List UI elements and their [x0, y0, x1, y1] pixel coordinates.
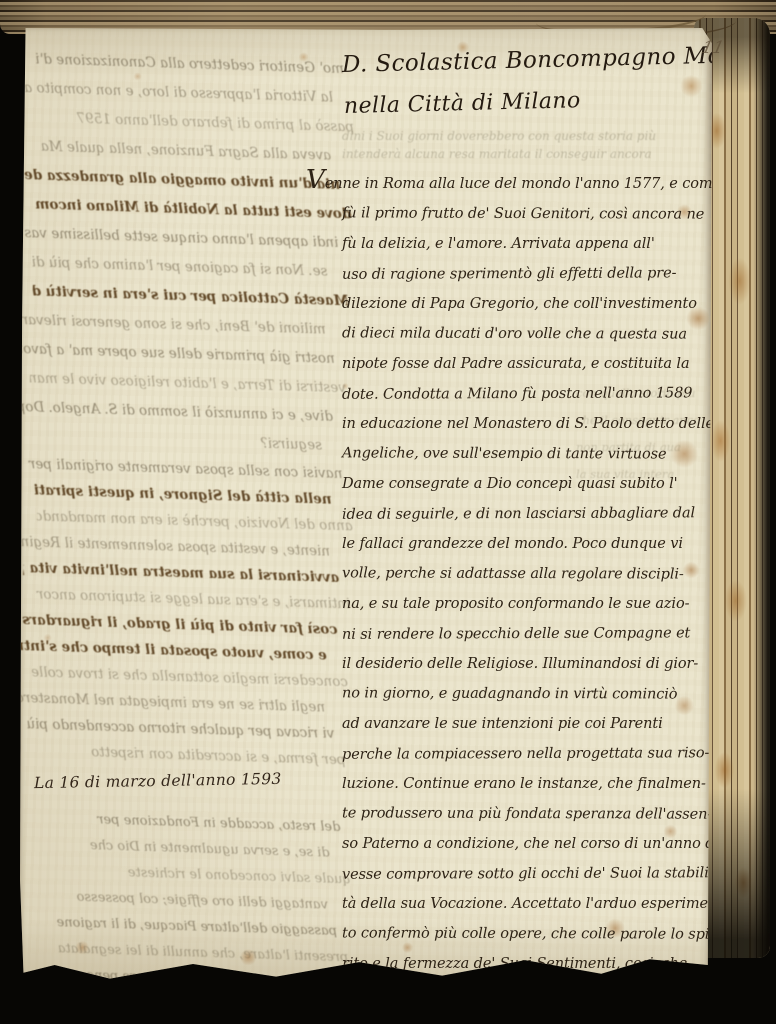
manuscript-body-line: Angeliche, ove sull'esempio di tante vir… [342, 438, 714, 469]
manuscript-body-line: volle, perche si adattasse alla regolare… [342, 558, 714, 589]
manuscript-body: Venne in Roma alla luce del mondo l'anno… [342, 165, 714, 979]
manuscript-body-line: in educazione nel Monastero di S. Paolo … [342, 409, 714, 439]
bleedthrough-text-upper: mo' Genitori cedettero alla Canonizazion… [16, 45, 345, 461]
manuscript-body-line: idea di seguirle, e di non lasciarsi abb… [342, 498, 714, 530]
manuscript-body-line: perche la compiacessero nella progettata… [342, 738, 714, 770]
bleedthrough-line: intenderà alcuna resa maritata il conseg… [342, 145, 714, 163]
manuscript-body-line: so Paterno a condizione, che nel corso d… [342, 829, 714, 859]
manuscript-body-line: di dieci mila ducati d'oro volle che a q… [342, 318, 714, 349]
manuscript-body-line: il desiderio delle Religiose. Illuminand… [342, 649, 714, 679]
bleedthrough-text-gap: dini i Suoi giorni doverebbero con quest… [342, 127, 714, 163]
manuscript-body-line: nipote fosse dal Padre assicurata, e cos… [342, 349, 714, 379]
manuscript-body-line: tà della sua Vocazione. Accettato l'ardu… [342, 889, 714, 919]
manuscript-body-line: ad avanzare le sue intenzioni pie coi Pa… [342, 709, 714, 739]
manuscript-photo: mo' Genitori cedettero alla Canonizazion… [0, 0, 776, 1024]
manuscript-body-line: uso di ragione sperimentò gli effetti de… [342, 258, 714, 290]
manuscript-body-line: na, e su tale proposito conformando le s… [342, 589, 714, 619]
manuscript-body-line: le fallaci grandezze del mondo. Poco dun… [342, 529, 714, 559]
manuscript-body-line: ni si rendere lo specchio delle sue Comp… [342, 618, 714, 650]
manuscript-body-line: dilezione di Papa Gregorio, che coll'inv… [342, 289, 714, 319]
manuscript-body-line: to confermò più colle opere, che colle p… [342, 918, 714, 949]
manuscript-body-line: luzione. Continue erano le instanze, che… [342, 769, 714, 799]
manuscript-page: mo' Genitori cedettero alla Canonizazion… [20, 28, 712, 996]
bleedthrough-text-lower: del resto, accadde in Fondazione perdi s… [19, 805, 341, 997]
manuscript-body-line: fù la delizia, e l'amore. Arrivata appen… [342, 229, 714, 259]
manuscript-body-line: fù il primo frutto de' Suoi Genitori, co… [342, 198, 714, 229]
manuscript-body-line: Dame consegrate a Dio concepì quasi subi… [342, 469, 714, 499]
manuscript-body-line: no in giorno, e guadagnando in virtù com… [342, 678, 714, 709]
manuscript-text-column: D. Scolastica Boncompagno Monaca nella C… [342, 52, 714, 979]
manuscript-body-line: dote. Condotta a Milano fù posta nell'an… [342, 378, 714, 410]
bleedthrough-line: dini i Suoi giorni doverebbero con quest… [342, 127, 714, 145]
manuscript-body-line: vesse comprovare sotto gli occhi de' Suo… [342, 858, 714, 890]
manuscript-body-line: Venne in Roma alla luce del mondo l'anno… [306, 165, 714, 199]
manuscript-body-line: te produssero una più fondata speranza d… [342, 798, 714, 829]
bleedthrough-text-middle: navisi con sella sposa veramente origina… [17, 451, 343, 773]
title-line-2: nella Città di Milano [344, 85, 715, 119]
manuscript-body-line: rito e la fermezza de' Suoi Sentimenti, … [342, 949, 714, 979]
page-number: 11 [700, 38, 726, 58]
